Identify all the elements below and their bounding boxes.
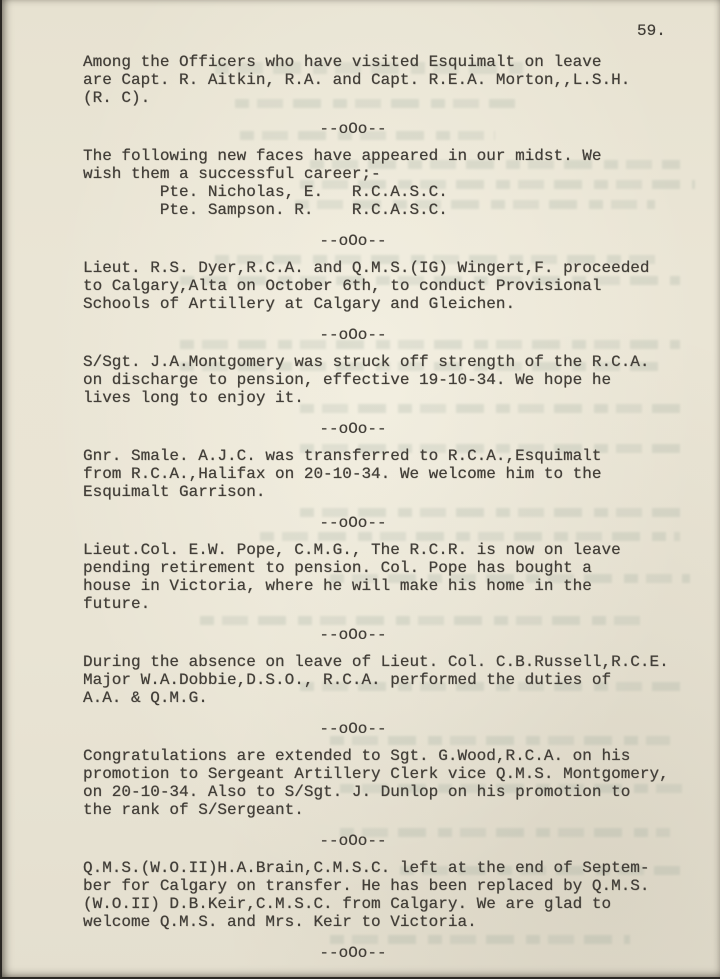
scanned-document-page: 59. Among the Officers who have visited … [0, 0, 720, 979]
paragraph-montgomery-discharge: S/Sgt. J.A.Montgomery was struck off str… [83, 353, 683, 407]
paragraph-smale-transfer: Gnr. Smale. A.J.C. was transferred to R.… [83, 447, 683, 501]
paragraph-wood-dunlop-promotions: Congratulations are extended to Sgt. G.W… [83, 747, 683, 819]
section-separator: --oOo-- [83, 944, 623, 962]
section-separator: --oOo-- [83, 514, 623, 532]
paragraph-officers-on-leave: Among the Officers who have visited Esqu… [83, 53, 683, 107]
page-content: Among the Officers who have visited Esqu… [83, 53, 683, 971]
page-number: 59. [637, 22, 666, 40]
section-separator: --oOo-- [83, 420, 623, 438]
section-separator: --oOo-- [83, 326, 623, 344]
section-separator: --oOo-- [83, 626, 623, 644]
paragraph-pope-retirement: Lieut.Col. E.W. Pope, C.M.G., The R.C.R.… [83, 541, 683, 613]
paragraph-new-faces: The following new faces have appeared in… [83, 147, 683, 219]
paragraph-dyer-wingert: Lieut. R.S. Dyer,R.C.A. and Q.M.S.(IG) W… [83, 259, 683, 313]
paragraph-dobbie-duties: During the absence on leave of Lieut. Co… [83, 653, 683, 707]
paragraph-brain-keir-transfer: Q.M.S.(W.O.II)H.A.Brain,C.M.S.C. left at… [83, 859, 683, 931]
section-separator: --oOo-- [83, 832, 623, 850]
section-separator: --oOo-- [83, 120, 623, 138]
section-separator: --oOo-- [83, 720, 623, 738]
section-separator: --oOo-- [83, 232, 623, 250]
